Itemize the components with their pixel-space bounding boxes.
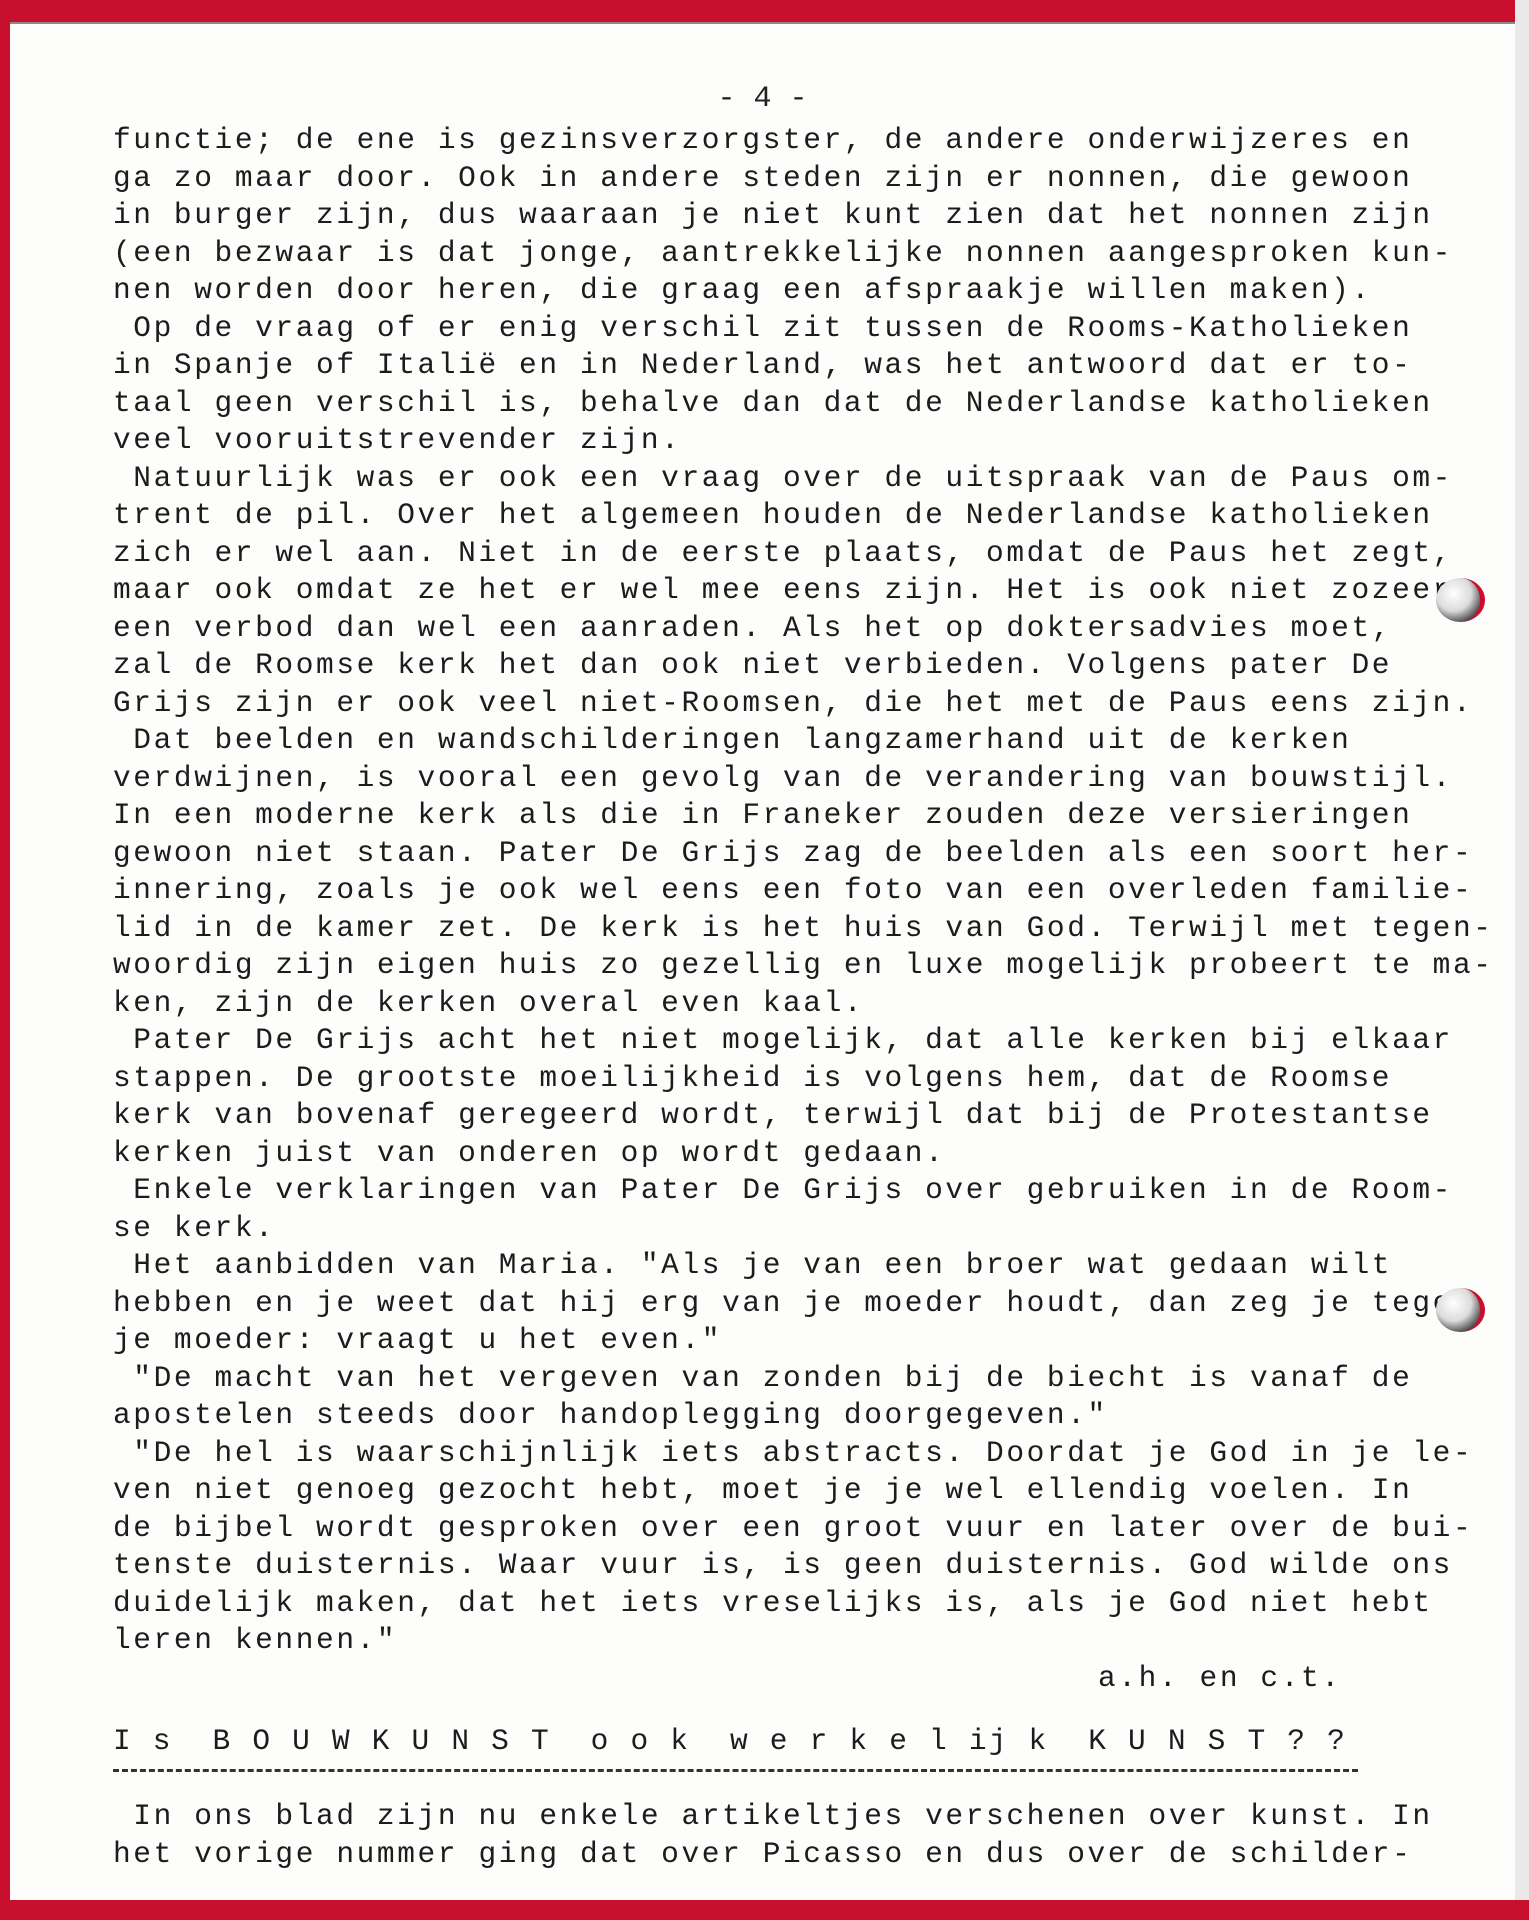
text-line: Het aanbidden van Maria. "Als je van een… <box>113 1247 1493 1285</box>
text-line: se kerk. <box>113 1210 1493 1248</box>
text-line: hebben en je weet dat hij erg van je moe… <box>113 1285 1493 1323</box>
signature: a.h. en c.t. <box>113 1660 1493 1698</box>
text-line: Op de vraag of er enig verschil zit tuss… <box>113 310 1493 348</box>
text-line: maar ook omdat ze het er wel mee eens zi… <box>113 572 1493 610</box>
text-line: kerken juist van onderen op wordt gedaan… <box>113 1135 1493 1173</box>
text-line: het vorige nummer ging dat over Picasso … <box>113 1836 1493 1874</box>
heading-underline <box>113 1769 1358 1772</box>
text-line: veel vooruitstrevender zijn. <box>113 422 1493 460</box>
text-line: een verbod dan wel een aanraden. Als het… <box>113 610 1493 648</box>
text-line: Dat beelden en wandschilderingen langzam… <box>113 722 1493 760</box>
text-line: Natuurlijk was er ook een vraag over de … <box>113 460 1493 498</box>
article-body: functie; de ene is gezinsverzorgster, de… <box>113 122 1493 1697</box>
text-line: ven niet genoeg gezocht hebt, moet je je… <box>113 1472 1493 1510</box>
text-line: functie; de ene is gezinsverzorgster, de… <box>113 122 1493 160</box>
text-line: "De hel is waarschijnlijk iets abstracts… <box>113 1435 1493 1473</box>
text-line: Enkele verklaringen van Pater De Grijs o… <box>113 1172 1493 1210</box>
text-line: leren kennen." <box>113 1622 1493 1660</box>
text-line: "De macht van het vergeven van zonden bi… <box>113 1360 1493 1398</box>
text-line: In ons blad zijn nu enkele artikeltjes v… <box>113 1798 1493 1836</box>
text-line: in burger zijn, dus waaraan je niet kunt… <box>113 197 1493 235</box>
text-line: in Spanje of Italië en in Nederland, was… <box>113 347 1493 385</box>
text-line: trent de pil. Over het algemeen houden d… <box>113 497 1493 535</box>
binder-edge <box>0 1900 1529 1920</box>
text-line: innering, zoals je ook wel eens een foto… <box>113 872 1493 910</box>
section-body: In ons blad zijn nu enkele artikeltjes v… <box>113 1798 1493 1873</box>
text-line: stappen. De grootste moeilijkheid is vol… <box>113 1060 1493 1098</box>
text-line: verdwijnen, is vooral een gevolg van de … <box>113 760 1493 798</box>
text-line: zal de Roomse kerk het dan ook niet verb… <box>113 647 1493 685</box>
text-line: In een moderne kerk als die in Franeker … <box>113 797 1493 835</box>
text-line: Pater De Grijs acht het niet mogelijk, d… <box>113 1022 1493 1060</box>
text-line: tenste duisternis. Waar vuur is, is geen… <box>113 1547 1493 1585</box>
binder-hole-icon <box>1436 1288 1485 1332</box>
text-line: taal geen verschil is, behalve dan dat d… <box>113 385 1493 423</box>
text-line: duidelijk maken, dat het iets vreselijks… <box>113 1585 1493 1623</box>
text-line: nen worden door heren, die graag een afs… <box>113 272 1493 310</box>
text-line: lid in de kamer zet. De kerk is het huis… <box>113 910 1493 948</box>
text-line: Grijs zijn er ook veel niet-Roomsen, die… <box>113 685 1493 723</box>
document-page: - 4 - functie; de ene is gezinsverzorgst… <box>10 22 1515 1904</box>
text-line: kerk van bovenaf geregeerd wordt, terwij… <box>113 1097 1493 1135</box>
text-line: apostelen steeds door handoplegging door… <box>113 1397 1493 1435</box>
binder-hole-icon <box>1436 578 1485 622</box>
page-edge <box>1515 0 1529 1920</box>
text-line: woordig zijn eigen huis zo gezellig en l… <box>113 947 1493 985</box>
section-heading: I s B O U W K U N S T o o k w e r k e l … <box>113 1724 1347 1758</box>
text-line: zich er wel aan. Niet in de eerste plaat… <box>113 535 1493 573</box>
text-line: ken, zijn de kerken overal even kaal. <box>113 985 1493 1023</box>
text-line: de bijbel wordt gesproken over een groot… <box>113 1510 1493 1548</box>
text-line: (een bezwaar is dat jonge, aantrekkelijk… <box>113 235 1493 273</box>
text-line: ga zo maar door. Ook in andere steden zi… <box>113 160 1493 198</box>
text-line: je moeder: vraagt u het even." <box>113 1322 1493 1360</box>
text-line: gewoon niet staan. Pater De Grijs zag de… <box>113 835 1493 873</box>
page-number: - 4 - <box>10 82 1515 116</box>
